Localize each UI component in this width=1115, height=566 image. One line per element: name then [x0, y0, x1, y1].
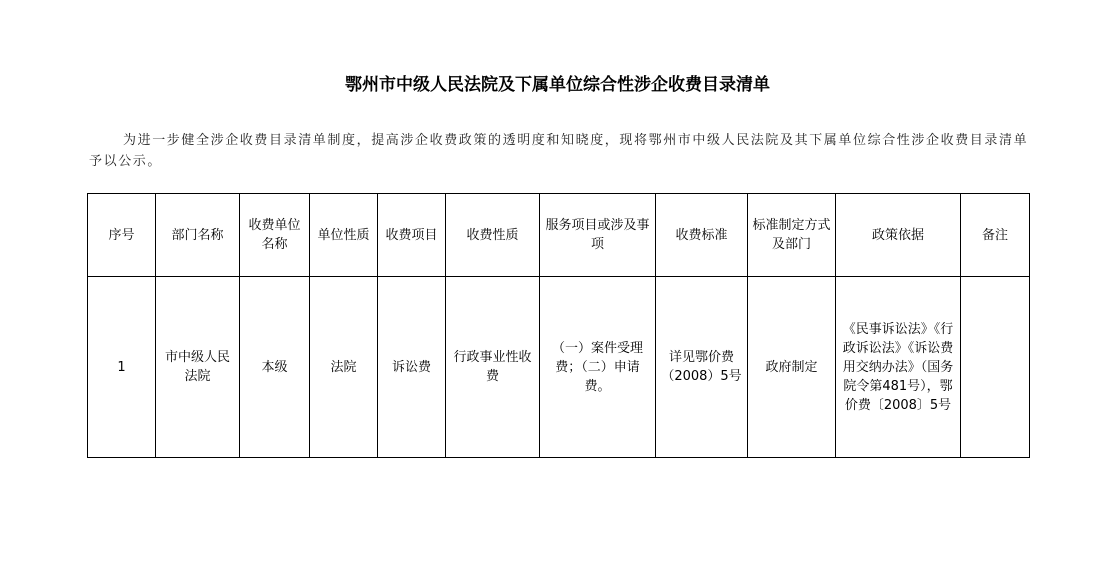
- header-fee-standard: 收费标准: [656, 194, 748, 277]
- cell-charging-unit: 本级: [240, 277, 310, 458]
- cell-standard-method: 政府制定: [748, 277, 836, 458]
- header-index: 序号: [88, 194, 156, 277]
- cell-fee-nature: 行政事业性收费: [446, 277, 540, 458]
- header-unit-nature: 单位性质: [310, 194, 378, 277]
- header-fee-nature: 收费性质: [446, 194, 540, 277]
- table-row: 1 市中级人民法院 本级 法院 诉讼费 行政事业性收费 （一）案件受理费；（二）…: [88, 277, 1030, 458]
- table-header-row: 序号 部门名称 收费单位名称 单位性质 收费项目 收费性质 服务项目或涉及事项 …: [88, 194, 1030, 277]
- header-charging-unit: 收费单位名称: [240, 194, 310, 277]
- cell-department: 市中级人民法院: [156, 277, 240, 458]
- header-service-items: 服务项目或涉及事项: [540, 194, 656, 277]
- header-department: 部门名称: [156, 194, 240, 277]
- cell-remarks: [961, 277, 1030, 458]
- header-policy-basis: 政策依据: [836, 194, 961, 277]
- header-remarks: 备注: [961, 194, 1030, 277]
- cell-service-items: （一）案件受理费；（二）申请费。: [540, 277, 656, 458]
- cell-unit-nature: 法院: [310, 277, 378, 458]
- cell-fee-standard: 详见鄂价费（2008）5号: [656, 277, 748, 458]
- header-fee-item: 收费项目: [378, 194, 446, 277]
- page-title: 鄂州市中级人民法院及下属单位综合性涉企收费目录清单: [0, 70, 1115, 95]
- header-standard-method: 标准制定方式及部门: [748, 194, 836, 277]
- cell-index: 1: [88, 277, 156, 458]
- fee-catalog-table: 序号 部门名称 收费单位名称 单位性质 收费项目 收费性质 服务项目或涉及事项 …: [87, 193, 1030, 458]
- intro-paragraph: 为进一步健全涉企收费目录清单制度，提高涉企收费政策的透明度和知晓度，现将鄂州市中…: [89, 130, 1029, 172]
- cell-policy-basis: 《民事诉讼法》《行政诉讼法》《诉讼费用交纳办法》（国务院令第481号），鄂价费〔…: [836, 277, 961, 458]
- cell-fee-item: 诉讼费: [378, 277, 446, 458]
